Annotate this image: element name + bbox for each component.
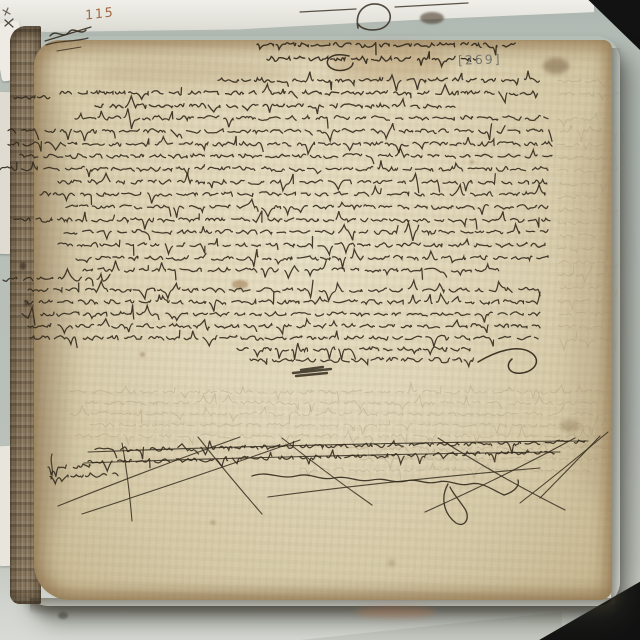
ink-line-para-1	[14, 96, 50, 99]
ink-line-para-2	[66, 199, 548, 217]
ink-line-para-1	[60, 84, 537, 102]
ink-line-bleed-right-margin	[558, 222, 609, 225]
ink-line-para-2	[58, 237, 545, 256]
ink-line-para-3	[25, 292, 540, 312]
manuscript-photo: [269] 115	[0, 0, 640, 640]
ink-line-bleed-lower	[70, 382, 615, 401]
ink-line-crossed-para	[50, 473, 118, 484]
ink-line-para-2	[58, 173, 547, 192]
ink-flourish-3	[3, 8, 10, 15]
ink-line-para-2	[14, 211, 550, 230]
ink-line-bleed-right-margin	[560, 234, 611, 238]
ink-flourish-8	[504, 480, 518, 495]
cancellation-stroke-4	[282, 438, 372, 505]
ink-line-para-3	[30, 330, 538, 347]
ink-line-bleed-right-margin	[559, 208, 618, 212]
ink-line-bleed-right-margin	[560, 125, 617, 142]
ink-line-bleed-right-margin	[558, 299, 614, 310]
ink-line-para-3	[250, 358, 473, 367]
ink-line-bleed-right-margin	[558, 79, 608, 87]
ink-line-para-2	[83, 261, 499, 280]
ink-line-para-2	[8, 123, 552, 141]
ink-line-bleed-right-margin	[560, 332, 616, 351]
ink-line-para-3	[22, 304, 540, 325]
ink-line-para-2	[3, 269, 110, 286]
ink-flourish-1	[357, 4, 390, 30]
ink-line-bleed-right-margin	[557, 143, 607, 149]
ink-flourish-9	[50, 30, 86, 36]
ink-flourish-0	[300, 9, 356, 12]
ink-overlay	[0, 0, 640, 640]
ink-line-para-2	[0, 160, 548, 177]
cancellation-stroke-2	[122, 443, 132, 521]
cancellation-stroke-8	[540, 436, 600, 498]
ink-flourish-6	[252, 474, 504, 495]
ink-line-para-3	[28, 280, 540, 301]
ink-line-bleed-right-margin	[560, 179, 611, 192]
ink-line-bleed-right-margin	[558, 166, 617, 181]
ink-line-bleed-right-margin	[560, 92, 618, 100]
ink-line-bleed-lower	[90, 416, 615, 436]
ink-line-bleed-right-margin	[558, 325, 614, 328]
ink-flourish-2	[395, 3, 468, 7]
ink-flourish-4	[327, 55, 353, 71]
ink-flourish-13	[5, 19, 13, 27]
ink-line-bleed-right-margin	[558, 113, 614, 126]
ink-line-bleed-right-margin	[558, 265, 616, 281]
ink-line-para-2	[76, 249, 548, 268]
ink-flourish-15	[293, 367, 331, 376]
ink-line-bleed-right-margin	[559, 260, 617, 268]
ink-flourish-5	[478, 349, 536, 373]
ink-flourish-12	[57, 47, 81, 51]
ink-line-para-3	[28, 319, 540, 334]
ink-line-bleed-lower	[75, 427, 601, 447]
ink-line-para-2	[40, 184, 545, 204]
ink-line-bleed-lower	[85, 393, 597, 412]
folio-number-pencil: [269]	[458, 51, 502, 68]
ink-flourish-7	[444, 484, 467, 524]
ink-line-para-1	[95, 96, 455, 114]
ink-line-bleed-right-margin	[557, 195, 615, 199]
ink-line-header	[267, 51, 477, 66]
ink-line-bleed-lower	[70, 405, 609, 423]
ink-line-para-2	[64, 223, 548, 241]
ink-line-para-2	[20, 148, 552, 164]
ink-line-bleed-lower	[350, 443, 607, 459]
ink-line-bleed-right-margin	[559, 156, 616, 160]
ink-line-bleed-right-margin	[560, 286, 617, 297]
ink-line-para-2	[75, 108, 548, 129]
ink-flourish-14	[51, 454, 52, 479]
ink-line-bleed-right-margin	[559, 312, 612, 319]
ink-line-para-2	[8, 136, 552, 154]
ink-line-bleed-right-margin	[558, 247, 613, 259]
